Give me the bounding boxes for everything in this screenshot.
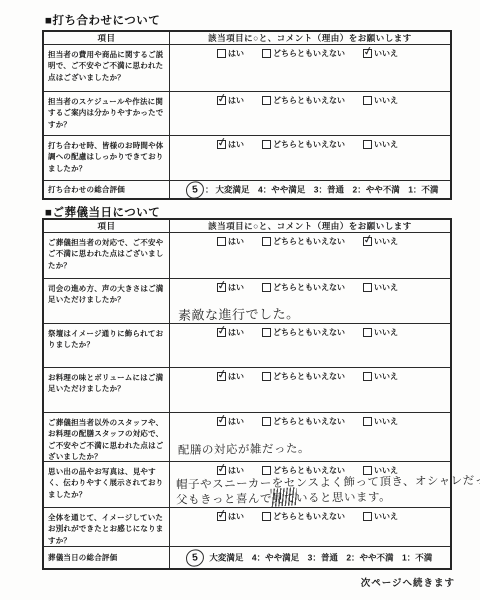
checkbox-icon <box>262 466 271 475</box>
choice-group: はい どちらともいえない いいえ <box>217 511 398 522</box>
choice-yes: はい <box>217 371 244 382</box>
checkbox-icon <box>363 417 372 426</box>
table-row: ご葬儀担当者以外のスタッフや、お料理の配膳スタッフの対応で、ご不安やご不満に思わ… <box>44 413 450 462</box>
rating-cell: 5：大変満足 4：やや満足 3：普通 2：やや不満 1：不満 <box>170 181 450 198</box>
question-cell: 担当者のスケジュールや作法に関するご案内は分かりやすかったですか？ <box>44 92 170 135</box>
handwritten-comment: 配膳の対応が雑だった。 <box>178 440 310 458</box>
answer-cell: はい どちらともいえない いいえ 素敵な進行でした。 <box>170 279 450 323</box>
continue-note: 次ページへ続きます <box>361 575 455 589</box>
table-row: 担当者のスケジュールや作法に関するご案内は分かりやすかったですか？ はい どちら… <box>44 92 450 136</box>
rating-row: 打ち合わせの総合評価 5：大変満足 4：やや満足 3：普通 2：やや不満 1：不… <box>44 181 450 198</box>
handwritten-comment: 素敵な進行でした。 <box>178 303 300 324</box>
choice-no: いいえ <box>363 327 398 338</box>
choice-no: いいえ <box>363 416 398 427</box>
table-row: 担当者の費用や商品に関するご説明で、ご不安やご不満に思われた点はございましたか？… <box>44 45 450 92</box>
checkbox-icon <box>262 328 271 337</box>
choice-no: いいえ <box>363 282 398 293</box>
table-header-row: 項目 該当項目に○と、コメント（理由）をお願いします <box>44 32 450 45</box>
answer-cell: はい どちらともいえない いいえ 配膳の対応が雑だった。 <box>170 413 450 461</box>
choice-no: いいえ <box>363 95 398 106</box>
question-cell: 全体を通じて、イメージしていたお別れができたとお感じになりますか？ <box>44 508 170 546</box>
checkbox-icon <box>262 49 271 58</box>
checkbox-icon <box>217 512 226 521</box>
rating-label-cell: 葬儀当日の総合評価 <box>44 547 170 568</box>
choice-neutral: どちらともいえない <box>262 511 345 522</box>
choice-neutral: どちらともいえない <box>262 327 345 338</box>
choice-no: いいえ <box>363 48 398 59</box>
checkbox-icon <box>217 417 226 426</box>
checkbox-icon <box>363 49 372 58</box>
checkbox-icon <box>363 372 372 381</box>
choice-yes: はい <box>217 327 244 338</box>
choice-yes: はい <box>217 511 244 522</box>
rating-scale-text: 大変満足 4：やや満足 3：普通 2：やや不満 1：不満 <box>209 552 432 564</box>
checkbox-icon <box>217 140 226 149</box>
table-row: 祭壇はイメージ通りに飾られておりましたか？ はい どちらともいえない いいえ <box>44 324 450 368</box>
answer-cell: はい どちらともいえない いいえ <box>170 92 450 135</box>
header-instruction-cell: 該当項目に○と、コメント（理由）をお願いします <box>170 32 450 44</box>
choice-no: いいえ <box>363 511 398 522</box>
rating-row: 葬儀当日の総合評価 5 大変満足 4：やや満足 3：普通 2：やや不満 1：不満 <box>44 547 450 568</box>
table-row: 全体を通じて、イメージしていたお別れができたとお感じになりますか？ はい どちら… <box>44 508 450 547</box>
question-cell: 担当者の費用や商品に関するご説明で、ご不安やご不満に思われた点はございましたか？ <box>44 45 170 91</box>
choice-yes: はい <box>217 282 244 293</box>
checkbox-icon <box>262 417 271 426</box>
checkbox-icon <box>217 328 226 337</box>
choice-neutral: どちらともいえない <box>262 371 345 382</box>
answer-cell: はい どちらともいえない いいえ <box>170 233 450 278</box>
checkbox-icon <box>217 237 226 246</box>
circled-rating-5: 5 <box>185 548 205 567</box>
choice-neutral: どちらともいえない <box>262 416 345 427</box>
choice-neutral: どちらともいえない <box>262 95 345 106</box>
checkbox-icon <box>363 328 372 337</box>
scanned-survey-page: ■打ち合わせについて 項目 該当項目に○と、コメント（理由）をお願いします 担当… <box>0 0 480 600</box>
choice-group: はい どちらともいえない いいえ <box>217 416 398 427</box>
choice-yes: はい <box>217 465 244 476</box>
header-instruction-cell: 該当項目に○と、コメント（理由）をお願いします <box>170 220 450 232</box>
checkbox-icon <box>262 512 271 521</box>
table-header-row: 項目 該当項目に○と、コメント（理由）をお願いします <box>44 220 450 233</box>
question-cell: 司会の進め方、声の大きさはご満足いただけましたか？ <box>44 279 170 323</box>
checkbox-icon <box>262 96 271 105</box>
choice-group: はい どちらともいえない いいえ <box>217 327 398 338</box>
checkbox-icon <box>217 96 226 105</box>
checkbox-icon <box>363 283 372 292</box>
funeral-day-table: 項目 該当項目に○と、コメント（理由）をお願いします ご葬儀担当者の対応で、ご不… <box>42 218 452 570</box>
checkbox-icon <box>217 372 226 381</box>
choice-group: はい どちらともいえない いいえ <box>217 48 398 59</box>
checkbox-icon <box>363 237 372 246</box>
table-row: 打ち合わせ時、皆様のお時間や体調への配慮はしっかりできておりましたか？ はい ど… <box>44 136 450 181</box>
table-row: ご葬儀担当者の対応で、ご不安やご不満に思われた点はございましたか？ はい どちら… <box>44 233 450 279</box>
question-cell: お料理の味とボリュームにはご満足いただけましたか？ <box>44 368 170 412</box>
choice-yes: はい <box>217 139 244 150</box>
rating-scale-text: 大変満足 4：やや満足 3：普通 2：やや不満 1：不満 <box>216 184 439 196</box>
choice-group: はい どちらともいえない いいえ <box>217 371 398 382</box>
table-row: 司会の進め方、声の大きさはご満足いただけましたか？ はい どちらともいえない い… <box>44 279 450 324</box>
choice-neutral: どちらともいえない <box>262 236 345 247</box>
question-cell: 打ち合わせ時、皆様のお時間や体調への配慮はしっかりできておりましたか？ <box>44 136 170 180</box>
header-item-cell: 項目 <box>44 32 170 45</box>
question-cell: ご葬儀担当者の対応で、ご不安やご不満に思われた点はございましたか？ <box>44 233 170 278</box>
checkbox-icon <box>262 237 271 246</box>
checkbox-icon <box>262 140 271 149</box>
checkbox-icon <box>262 372 271 381</box>
table-row: お料理の味とボリュームにはご満足いただけましたか？ はい どちらともいえない い… <box>44 368 450 413</box>
rating-scale: 5 大変満足 4：やや満足 3：普通 2：やや不満 1：不満 <box>186 549 432 566</box>
checkbox-icon <box>363 512 372 521</box>
choice-neutral: どちらともいえない <box>262 282 345 293</box>
checkbox-icon <box>217 466 226 475</box>
rating-cell: 5 大変満足 4：やや満足 3：普通 2：やや不満 1：不満 <box>170 547 450 568</box>
choice-group: はい どちらともいえない いいえ <box>217 139 398 150</box>
choice-yes: はい <box>217 416 244 427</box>
choice-yes: はい <box>217 236 244 247</box>
answer-cell: はい どちらともいえない いいえ <box>170 368 450 412</box>
question-cell: 祭壇はイメージ通りに飾られておりましたか？ <box>44 324 170 367</box>
answer-cell: はい どちらともいえない いいえ 帽子やスニーカーをセンスよく飾って頂き、オシャ… <box>170 462 450 507</box>
choice-neutral: どちらともいえない <box>262 139 345 150</box>
answer-cell: はい どちらともいえない いいえ <box>170 508 450 546</box>
meeting-table: 項目 該当項目に○と、コメント（理由）をお願いします 担当者の費用や商品に関する… <box>42 30 452 200</box>
choice-yes: はい <box>217 48 244 59</box>
choice-no: いいえ <box>363 139 398 150</box>
choice-neutral: どちらともいえない <box>262 48 345 59</box>
table-row: 思い出の品やお写真は、見やすく、伝わりやすく展示されておりましたか？ はい どち… <box>44 462 450 508</box>
answer-cell: はい どちらともいえない いいえ <box>170 136 450 180</box>
answer-cell: はい どちらともいえない いいえ <box>170 45 450 91</box>
choice-group: はい どちらともいえない いいえ <box>217 282 398 293</box>
header-item-cell: 項目 <box>44 220 170 233</box>
rating-scale: 5：大変満足 4：やや満足 3：普通 2：やや不満 1：不満 <box>186 181 438 198</box>
question-cell: 思い出の品やお写真は、見やすく、伝わりやすく展示されておりましたか？ <box>44 462 170 507</box>
rating-separator: ： <box>205 184 214 196</box>
choice-no: いいえ <box>363 371 398 382</box>
choice-group: はい どちらともいえない いいえ <box>217 95 398 106</box>
checkbox-icon <box>363 96 372 105</box>
choice-no: いいえ <box>363 236 398 247</box>
checkbox-icon <box>262 283 271 292</box>
choice-yes: はい <box>217 95 244 106</box>
question-cell: ご葬儀担当者以外のスタッフや、お料理の配膳スタッフの対応で、ご不安やご不満に思わ… <box>44 413 170 461</box>
answer-cell: はい どちらともいえない いいえ <box>170 324 450 367</box>
checkbox-icon <box>217 283 226 292</box>
choice-group: はい どちらともいえない いいえ <box>217 236 398 247</box>
rating-label-cell: 打ち合わせの総合評価 <box>44 181 170 198</box>
checkbox-icon <box>363 140 372 149</box>
section1-heading: ■打ち合わせについて <box>45 12 160 28</box>
handwritten-comment: 父もきっと喜んで見ていると思います。 <box>176 488 391 507</box>
circled-rating-5: 5 <box>185 180 205 199</box>
scribbled-correction: 見て <box>272 490 296 506</box>
checkbox-icon <box>217 49 226 58</box>
